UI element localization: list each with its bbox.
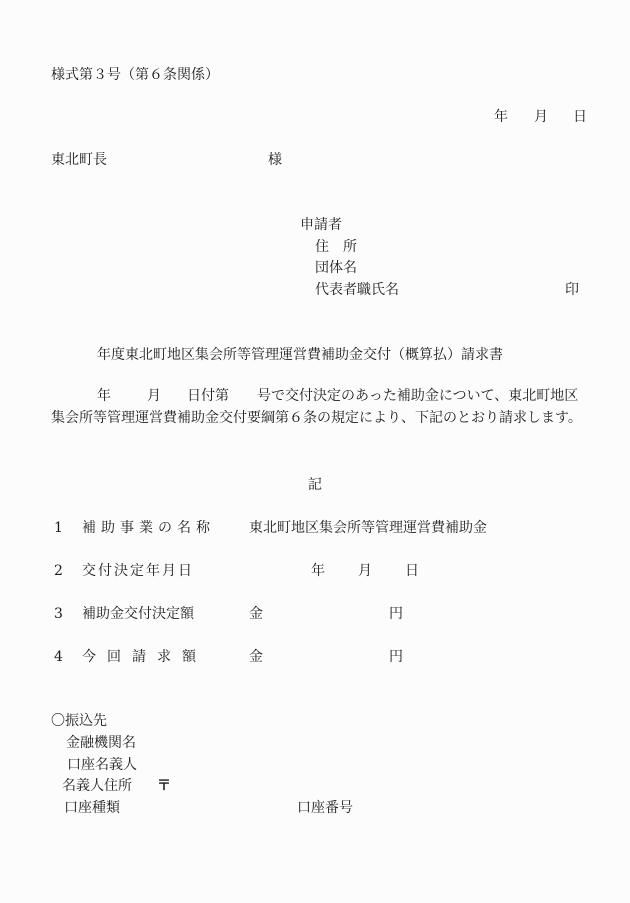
body-paragraph: 年月日付第号で交付決定のあった補助金について、東北町地区集会所等管理運営費補助金… xyxy=(51,385,586,429)
applicant-representative-label: 代表者職氏名 xyxy=(315,281,399,299)
item-prefix: 金 xyxy=(249,648,263,666)
item-unit: 円 xyxy=(389,648,403,666)
form-number: 様式第３号（第６条関係） xyxy=(51,66,219,84)
item-number: 1 xyxy=(54,519,63,537)
item-label: 交付決定年月日 xyxy=(82,562,194,580)
date-year-label: 年 xyxy=(494,108,508,126)
item-prefix: 金 xyxy=(249,605,263,623)
applicant-address-label: 住 所 xyxy=(315,238,357,256)
body-day-no: 日付第 xyxy=(187,388,229,404)
addressee-name: 東北町長 xyxy=(51,151,107,169)
item-day-label: 日 xyxy=(405,562,419,580)
item-label: 補助事業の名称 xyxy=(82,519,215,537)
account-number-label: 口座番号 xyxy=(297,799,353,817)
ki-heading: 記 xyxy=(308,476,322,494)
item-label: 補助金交付決定額 xyxy=(82,605,194,623)
item-number: 2 xyxy=(54,562,63,580)
item-unit: 円 xyxy=(389,605,403,623)
transfer-heading: 〇振込先 xyxy=(51,712,107,730)
item-number: 3 xyxy=(54,605,63,623)
seal-mark: 印 xyxy=(565,281,579,299)
item-month-label: 月 xyxy=(358,562,372,580)
body-year: 年 xyxy=(97,388,111,404)
item-year-label: 年 xyxy=(311,562,325,580)
date-day-label: 日 xyxy=(573,108,587,126)
item-label: 今回請求額 xyxy=(82,648,207,666)
applicant-organization-label: 団体名 xyxy=(315,259,357,277)
holder-address-label: 名義人住所 xyxy=(62,777,132,795)
addressee-honorific: 様 xyxy=(268,151,282,169)
date-month-label: 月 xyxy=(534,108,548,126)
item-value: 東北町地区集会所等管理運営費補助金 xyxy=(249,519,487,537)
body-month: 月 xyxy=(147,388,161,404)
body-text: 号で交付決定のあった補助金について、東北町地区集会所等管理運営費補助金交付要綱第… xyxy=(51,388,582,426)
account-holder-label: 口座名義人 xyxy=(67,756,137,774)
document-title: 年度東北町地区集会所等管理運営費補助金交付（概算払）請求書 xyxy=(97,346,503,364)
postal-mark-icon: 〒 xyxy=(157,777,171,795)
account-type-label: 口座種類 xyxy=(64,799,120,817)
item-number: 4 xyxy=(54,648,63,666)
applicant-label: 申請者 xyxy=(300,216,342,234)
bank-name-label: 金融機関名 xyxy=(66,734,136,752)
